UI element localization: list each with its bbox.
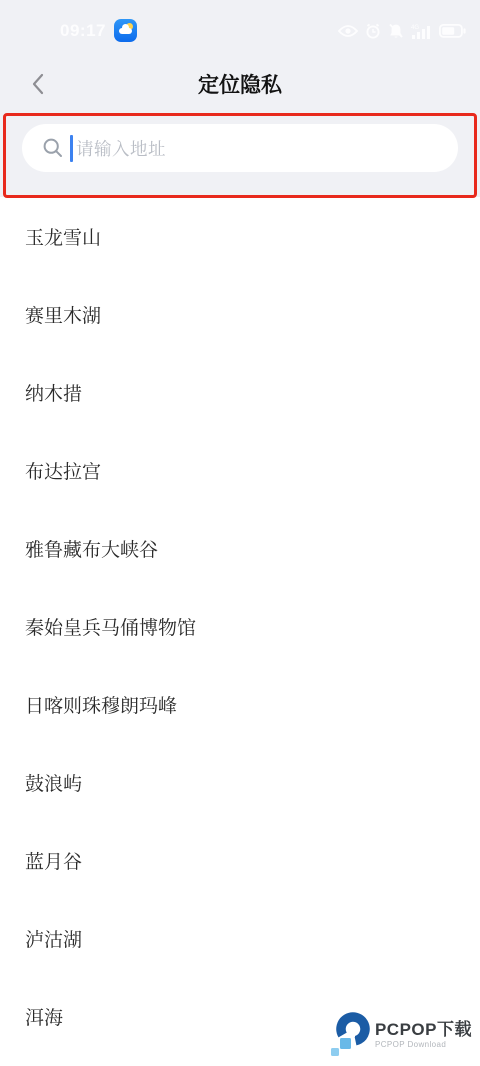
back-button[interactable] — [26, 70, 50, 98]
list-item[interactable]: 纳木措 — [0, 353, 480, 431]
navigation-header: 定位隐私 — [0, 55, 480, 113]
mute-icon — [388, 23, 404, 39]
clock-time: 09:17 — [60, 21, 106, 41]
search-input[interactable]: 请输入地址 — [22, 124, 458, 172]
watermark-title: PCPOP下载 — [375, 1021, 472, 1039]
list-item[interactable]: 蓝月谷 — [0, 821, 480, 899]
watermark-subtitle: PCPOP Download — [375, 1041, 472, 1049]
battery-icon — [439, 24, 466, 38]
status-bar: 09:17 — [0, 0, 480, 55]
text-cursor — [70, 135, 73, 162]
status-icons: 4G — [338, 23, 466, 39]
weather-app-icon — [114, 19, 137, 42]
page-title: 定位隐私 — [0, 69, 480, 99]
app-screen: 09:17 — [0, 0, 480, 1066]
list-item[interactable]: 雅鲁藏布大峡谷 — [0, 509, 480, 587]
list-item[interactable]: 布达拉宫 — [0, 431, 480, 509]
list-item[interactable]: 鼓浪屿 — [0, 743, 480, 821]
list-item[interactable]: 泸沽湖 — [0, 899, 480, 977]
list-item[interactable]: 赛里木湖 — [0, 275, 480, 353]
list-item[interactable]: 秦始皇兵马俑博物馆 — [0, 587, 480, 665]
eye-icon — [338, 24, 358, 38]
search-placeholder: 请输入地址 — [76, 136, 166, 161]
list-item[interactable]: 日喀则珠穆朗玛峰 — [0, 665, 480, 743]
signal-icon: 4G — [411, 23, 432, 39]
search-icon — [42, 137, 64, 159]
pcpop-logo-icon — [328, 1012, 370, 1058]
location-list: 玉龙雪山赛里木湖纳木措布达拉宫雅鲁藏布大峡谷秦始皇兵马俑博物馆日喀则珠穆朗玛峰鼓… — [0, 197, 480, 1055]
list-item[interactable]: 玉龙雪山 — [0, 197, 480, 275]
search-section: 请输入地址 — [0, 113, 480, 197]
alarm-icon — [365, 23, 381, 39]
watermark: PCPOP下载 PCPOP Download — [328, 1012, 472, 1058]
svg-text:4G: 4G — [411, 25, 419, 31]
